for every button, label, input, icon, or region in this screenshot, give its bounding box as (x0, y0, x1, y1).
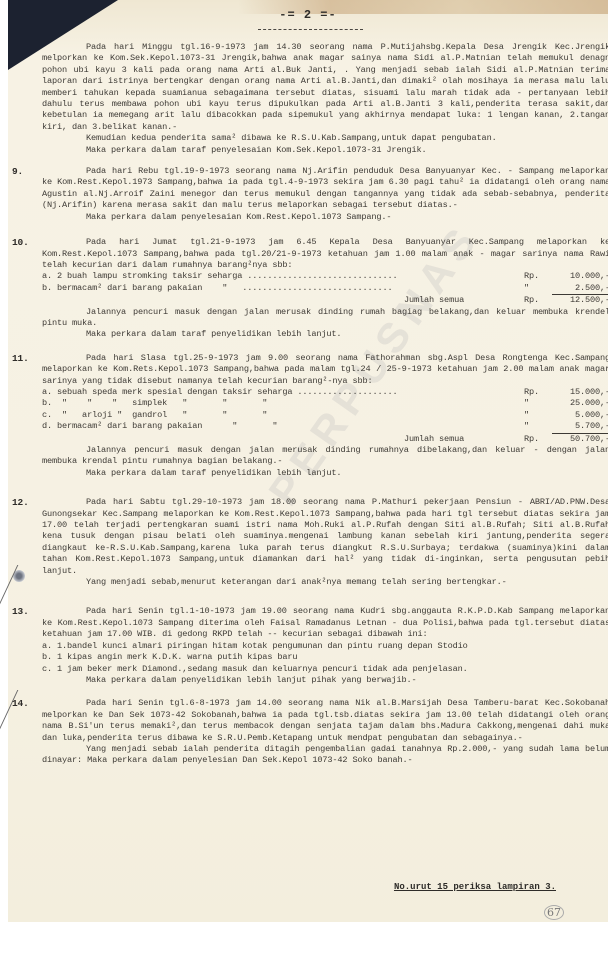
item-description: d. bermacam² dari barang pakaian " " (42, 421, 524, 432)
entry-paragraph: Pada hari Jumat tgl.21-9-1973 jam 6.45 K… (42, 237, 608, 271)
entry-closing: Jalannya pencuri masuk dengan jalan meru… (42, 445, 608, 468)
footer-reference: No.urut 15 periksa lampiran 3. (394, 882, 556, 892)
entry-number: 13. (12, 606, 29, 617)
stolen-item-row: c. " arloji " gandrol " " ""5.000,- (42, 410, 608, 421)
entry-paragraph: Kemudian kedua penderita sama² dibawa ke… (42, 133, 608, 144)
stolen-item-row: d. bermacam² dari barang pakaian " ""5.7… (42, 421, 608, 433)
report-entry: 14.Pada hari Senin tgl.6-8-1973 jam 14.0… (20, 698, 608, 766)
report-entry: 13.Pada hari Senin tgl.1-10-1973 jam 19.… (20, 606, 608, 686)
report-entry: 10.Pada hari Jumat tgl.21-9-1973 jam 6.4… (20, 237, 608, 341)
item-amount: 5.700,- (552, 421, 608, 433)
total-label: Jumlah semua (404, 434, 524, 445)
document-page: PERPUSNAS -= 2 =- 8.Pada hari Minggu tgl… (8, 0, 608, 922)
entry-paragraph: Pada hari Rebu tgl.19-9-1973 seorang nam… (42, 166, 608, 212)
stolen-item-row: a. 2 buah lampu stromking taksir seharga… (42, 271, 608, 282)
page-number-underline (258, 29, 363, 30)
item-currency: " (524, 283, 552, 294)
item-currency: Rp. (524, 387, 552, 398)
item-amount: 25.000,- (552, 398, 608, 409)
item-amount: 2.500,- (552, 283, 608, 295)
entry-paragraph: Maka perkara dalam taraf penyelesaian Ko… (42, 145, 608, 156)
item-amount: 15.000,- (552, 387, 608, 398)
entry-paragraph: Pada hari Slasa tgl.25-9-1973 jam 9.00 s… (42, 353, 608, 387)
item-description: b. " " " simplek " " " (42, 398, 524, 409)
item-amount: 5.000,- (552, 410, 608, 421)
stolen-item-row: b. bermacam² dari barang pakaian " .....… (42, 283, 608, 295)
item-amount: 10.000,- (552, 271, 608, 282)
items-total-row: Jumlah semuaRp.50.700,- (42, 434, 608, 445)
entry-paragraph: Maka perkara dalam penyelesaian Kom.Rest… (42, 212, 608, 223)
stolen-item-line: b. 1 kipas angin merk K.D.K. warna putih… (42, 652, 608, 663)
entry-paragraph: Yang menjadi sebab,menurut keterangan da… (42, 577, 608, 588)
report-entry: 12.Pada hari Sabtu tgl.29-10-1973 jam 18… (20, 497, 608, 588)
entry-number: 14. (12, 698, 29, 709)
items-total-row: Jumlah semuaRp.12.500,- (42, 295, 608, 306)
report-body: 8.Pada hari Minggu tgl.16-9-1973 jam 14.… (20, 42, 608, 779)
total-amount: 12.500,- (552, 295, 608, 306)
entry-paragraph: Pada hari Senin tgl.1-10-1973 jam 19.00 … (42, 606, 608, 640)
entry-paragraph: Pada hari Senin tgl.6-8-1973 jam 14.00 s… (42, 698, 608, 744)
entry-closing: Maka perkara dalam taraf penyelidikan le… (42, 468, 608, 479)
entry-paragraph: Yang menjadi sebab ialah penderita ditag… (42, 744, 608, 767)
entry-number: 9. (12, 166, 23, 177)
entry-number: 10. (12, 237, 29, 248)
item-currency: " (524, 410, 552, 421)
handwritten-folio-number: 67 (544, 905, 564, 920)
stolen-items-list: a. 2 buah lampu stromking taksir seharga… (42, 271, 608, 295)
stolen-item-row: a. sebuah speda merk spesial dengan taks… (42, 387, 608, 398)
stolen-items-list: a. sebuah speda merk spesial dengan taks… (42, 387, 608, 434)
report-entry: 11.Pada hari Slasa tgl.25-9-1973 jam 9.0… (20, 353, 608, 479)
item-currency: Rp. (524, 271, 552, 282)
stolen-item-row: b. " " " simplek " " ""25.000,- (42, 398, 608, 409)
entry-paragraph: Pada hari Sabtu tgl.29-10-1973 jam 18.00… (42, 497, 608, 577)
item-description: b. bermacam² dari barang pakaian " .....… (42, 283, 524, 294)
total-amount: 50.700,- (552, 434, 608, 445)
total-currency: Rp. (524, 295, 552, 306)
stolen-item-line: c. 1 jam beker merk Diamond.,sedang masu… (42, 664, 608, 675)
item-description: a. sebuah speda merk spesial dengan taks… (42, 387, 524, 398)
entry-paragraph: Pada hari Minggu tgl.16-9-1973 jam 14.30… (42, 42, 608, 133)
item-currency: " (524, 398, 552, 409)
entry-number: 12. (12, 497, 29, 508)
item-currency: " (524, 421, 552, 432)
entry-closing: Maka perkara dalam penyelidikan lebih la… (42, 675, 608, 686)
entry-closing: Maka perkara dalam taraf penyelidikan le… (42, 329, 608, 340)
folded-corner (8, 0, 118, 70)
total-currency: Rp. (524, 434, 552, 445)
item-description: a. 2 buah lampu stromking taksir seharga… (42, 271, 524, 282)
item-description: c. " arloji " gandrol " " " (42, 410, 524, 421)
total-label: Jumlah semua (404, 295, 524, 306)
report-entry: 9.Pada hari Rebu tgl.19-9-1973 seorang n… (20, 166, 608, 223)
entry-closing: Jalannya pencuri masuk dengan jalan meru… (42, 307, 608, 330)
stolen-item-line: a. 1.bandel kunci almari piringan hitam … (42, 641, 608, 652)
entry-number: 11. (12, 353, 29, 364)
